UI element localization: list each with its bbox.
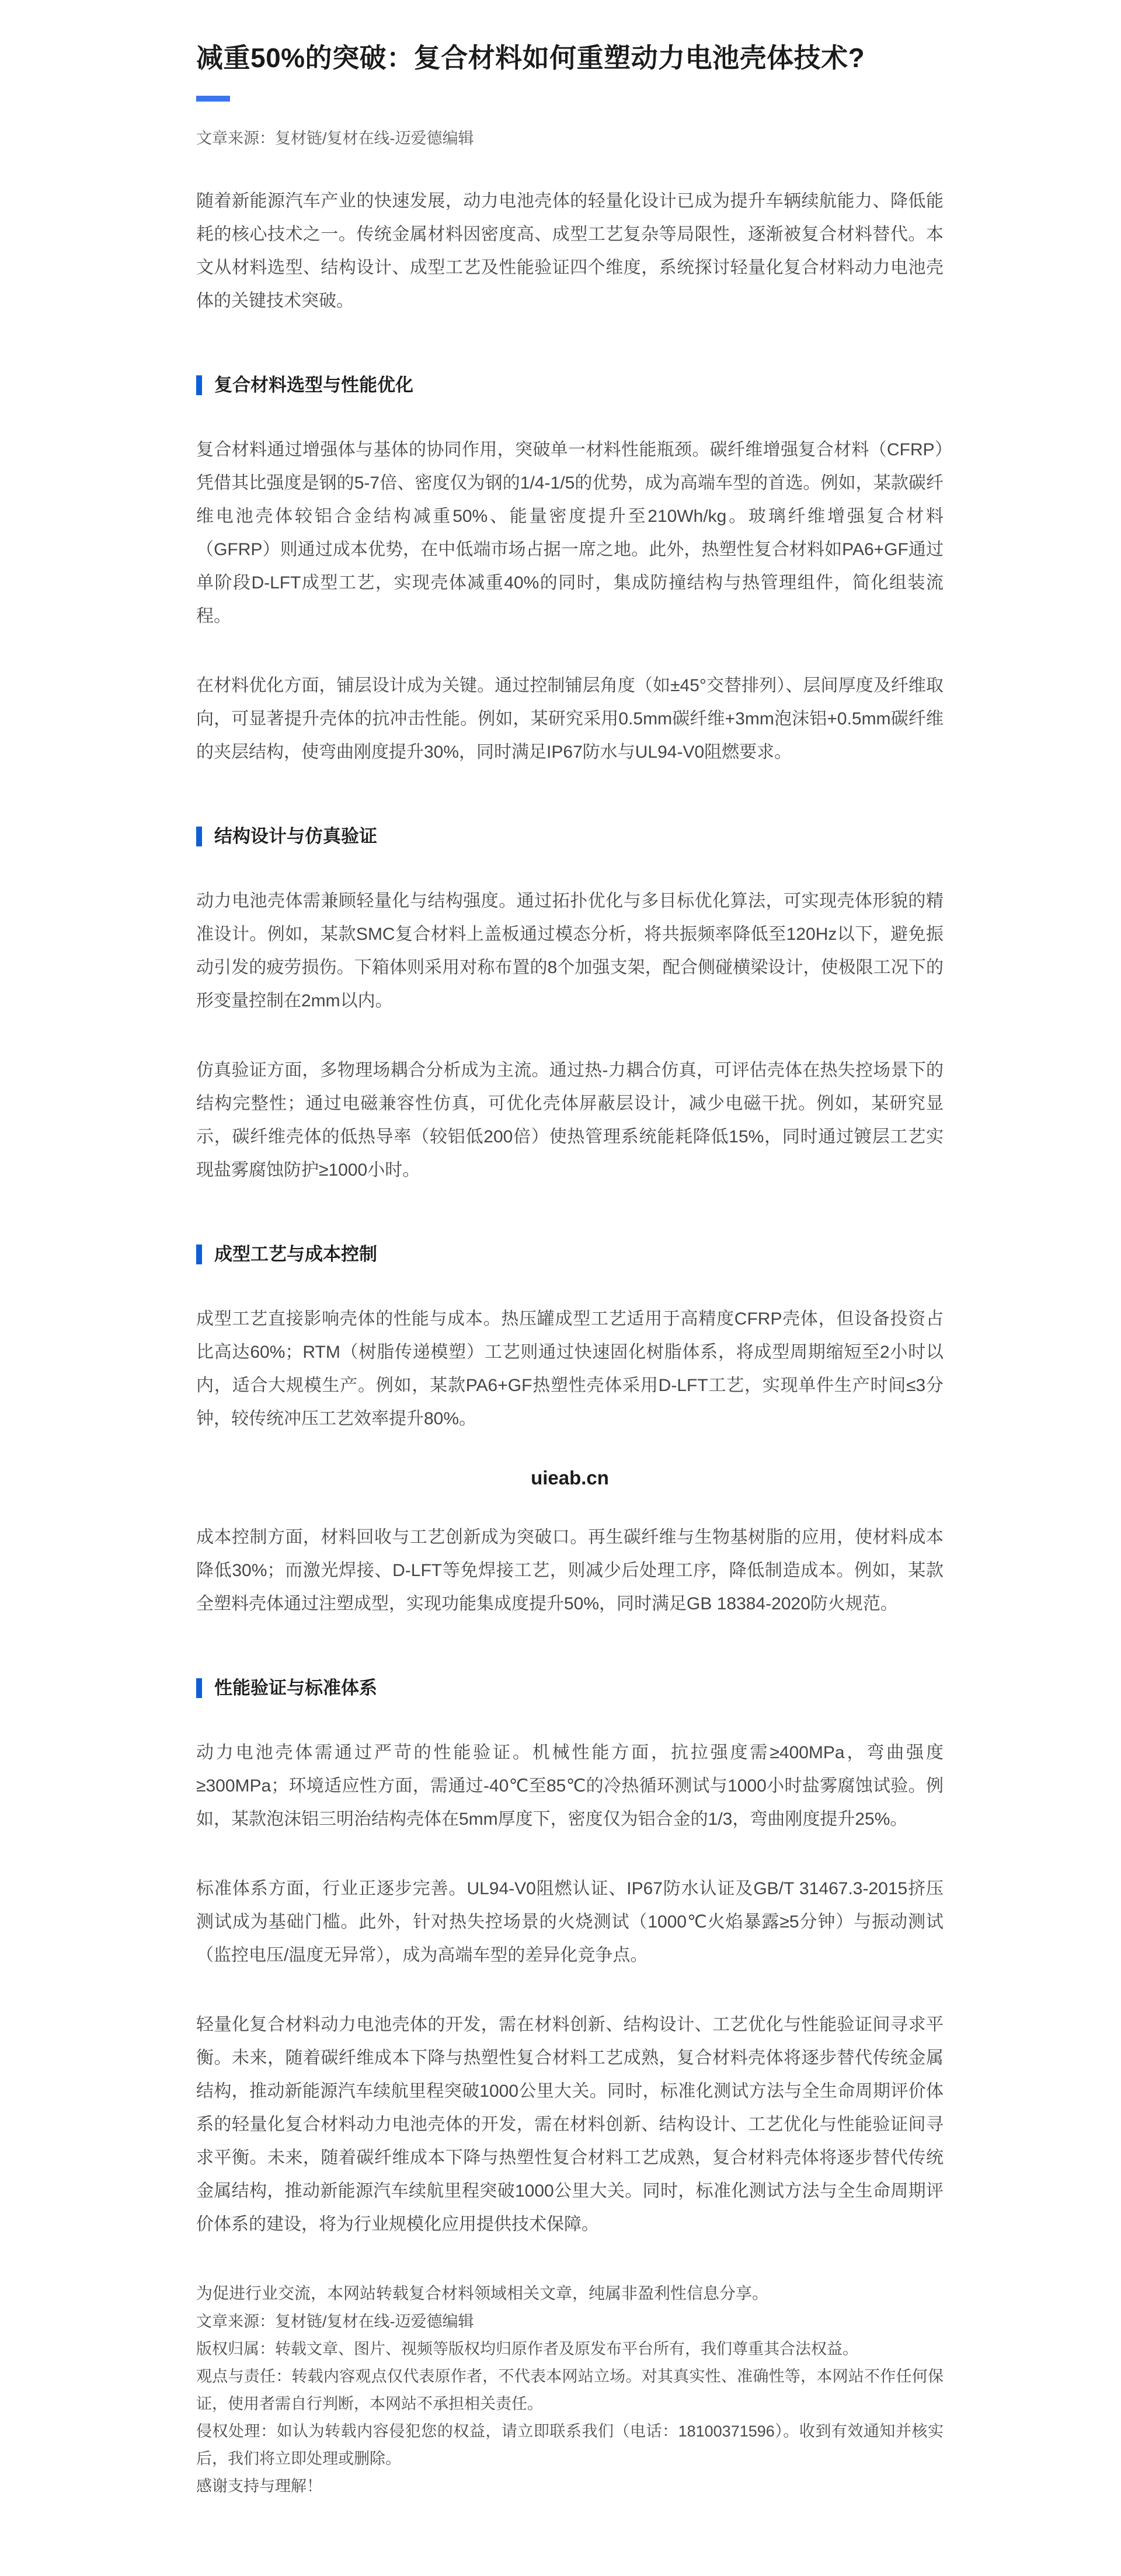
section-paragraph: 动力电池壳体需兼顾轻量化与结构强度。通过拓扑优化与多目标优化算法，可实现壳体形貌… bbox=[196, 884, 944, 1017]
section-paragraph: 成型工艺直接影响壳体的性能与成本。热压罐成型工艺适用于高精度CFRP壳体，但设备… bbox=[196, 1302, 944, 1435]
section-title: 性能验证与标准体系 bbox=[214, 1676, 377, 1700]
section-marker-bar bbox=[196, 1678, 202, 1698]
section-heading-molding-process: 成型工艺与成本控制 bbox=[196, 1243, 944, 1266]
disclaimer-copyright-line: 版权归属：转载文章、图片、视频等版权均归原作者及原发布平台所有，我们尊重其合法权… bbox=[196, 2336, 944, 2363]
section-paragraph: 成本控制方面，材料回收与工艺创新成为突破口。再生碳纤维与生物基树脂的应用，使材料… bbox=[196, 1521, 944, 1620]
section-paragraph: 复合材料通过增强体与基体的协同作用，突破单一材料性能瓶颈。碳纤维增强复合材料（C… bbox=[196, 433, 944, 633]
site-watermark: uieab.cn bbox=[196, 1467, 944, 1489]
section-paragraph: 在材料优化方面，铺层设计成为关键。通过控制铺层角度（如±45°交替排列）、层间厚… bbox=[196, 669, 944, 769]
section-marker-bar bbox=[196, 1245, 202, 1264]
disclaimer-responsibility-line: 观点与责任：转载内容观点仅代表原作者，不代表本网站立场。对其真实性、准确性等，本… bbox=[196, 2363, 944, 2418]
disclaimer-source-line: 文章来源：复材链/复材在线-迈爱德编辑 bbox=[196, 2308, 944, 2336]
section-marker-bar bbox=[196, 827, 202, 846]
section-paragraph: 标准体系方面，行业正逐步完善。UL94-V0阻燃认证、IP67防水认证及GB/T… bbox=[196, 1872, 944, 1972]
closing-paragraph: 轻量化复合材料动力电池壳体的开发，需在材料创新、结构设计、工艺优化与性能验证间寻… bbox=[196, 2008, 944, 2241]
section-marker-bar bbox=[196, 375, 202, 395]
section-paragraph: 动力电池壳体需通过严苛的性能验证。机械性能方面，抗拉强度需≥400MPa，弯曲强… bbox=[196, 1736, 944, 1836]
disclaimer-infringement-line: 侵权处理：如认为转载内容侵犯您的权益，请立即联系我们（电话：1810037159… bbox=[196, 2418, 944, 2473]
section-paragraph: 仿真验证方面，多物理场耦合分析成为主流。通过热-力耦合仿真，可评估壳体在热失控场… bbox=[196, 1054, 944, 1187]
article-page: 减重50%的突破：复合材料如何重塑动力电池壳体技术? 文章来源：复材链/复材在线… bbox=[196, 0, 944, 2576]
article-source: 文章来源：复材链/复材在线-迈爱德编辑 bbox=[196, 128, 944, 148]
section-title: 复合材料选型与性能优化 bbox=[214, 374, 413, 397]
section-title: 成型工艺与成本控制 bbox=[214, 1243, 377, 1266]
section-heading-structure-design: 结构设计与仿真验证 bbox=[196, 825, 944, 848]
page-title: 减重50%的突破：复合材料如何重塑动力电池壳体技术? bbox=[196, 41, 944, 75]
title-accent-dash bbox=[196, 96, 230, 102]
disclaimer-line: 为促进行业交流，本网站转载复合材料领域相关文章，纯属非盈利性信息分享。 bbox=[196, 2279, 944, 2307]
disclaimer-block: 为促进行业交流，本网站转载复合材料领域相关文章，纯属非盈利性信息分享。 文章来源… bbox=[196, 2279, 944, 2500]
intro-paragraph: 随着新能源汽车产业的快速发展，动力电池壳体的轻量化设计已成为提升车辆续航能力、降… bbox=[196, 184, 944, 318]
section-title: 结构设计与仿真验证 bbox=[214, 825, 377, 848]
disclaimer-thanks-line: 感谢支持与理解！ bbox=[196, 2473, 944, 2500]
section-heading-performance-validation: 性能验证与标准体系 bbox=[196, 1676, 944, 1700]
section-heading-material-selection: 复合材料选型与性能优化 bbox=[196, 374, 944, 397]
